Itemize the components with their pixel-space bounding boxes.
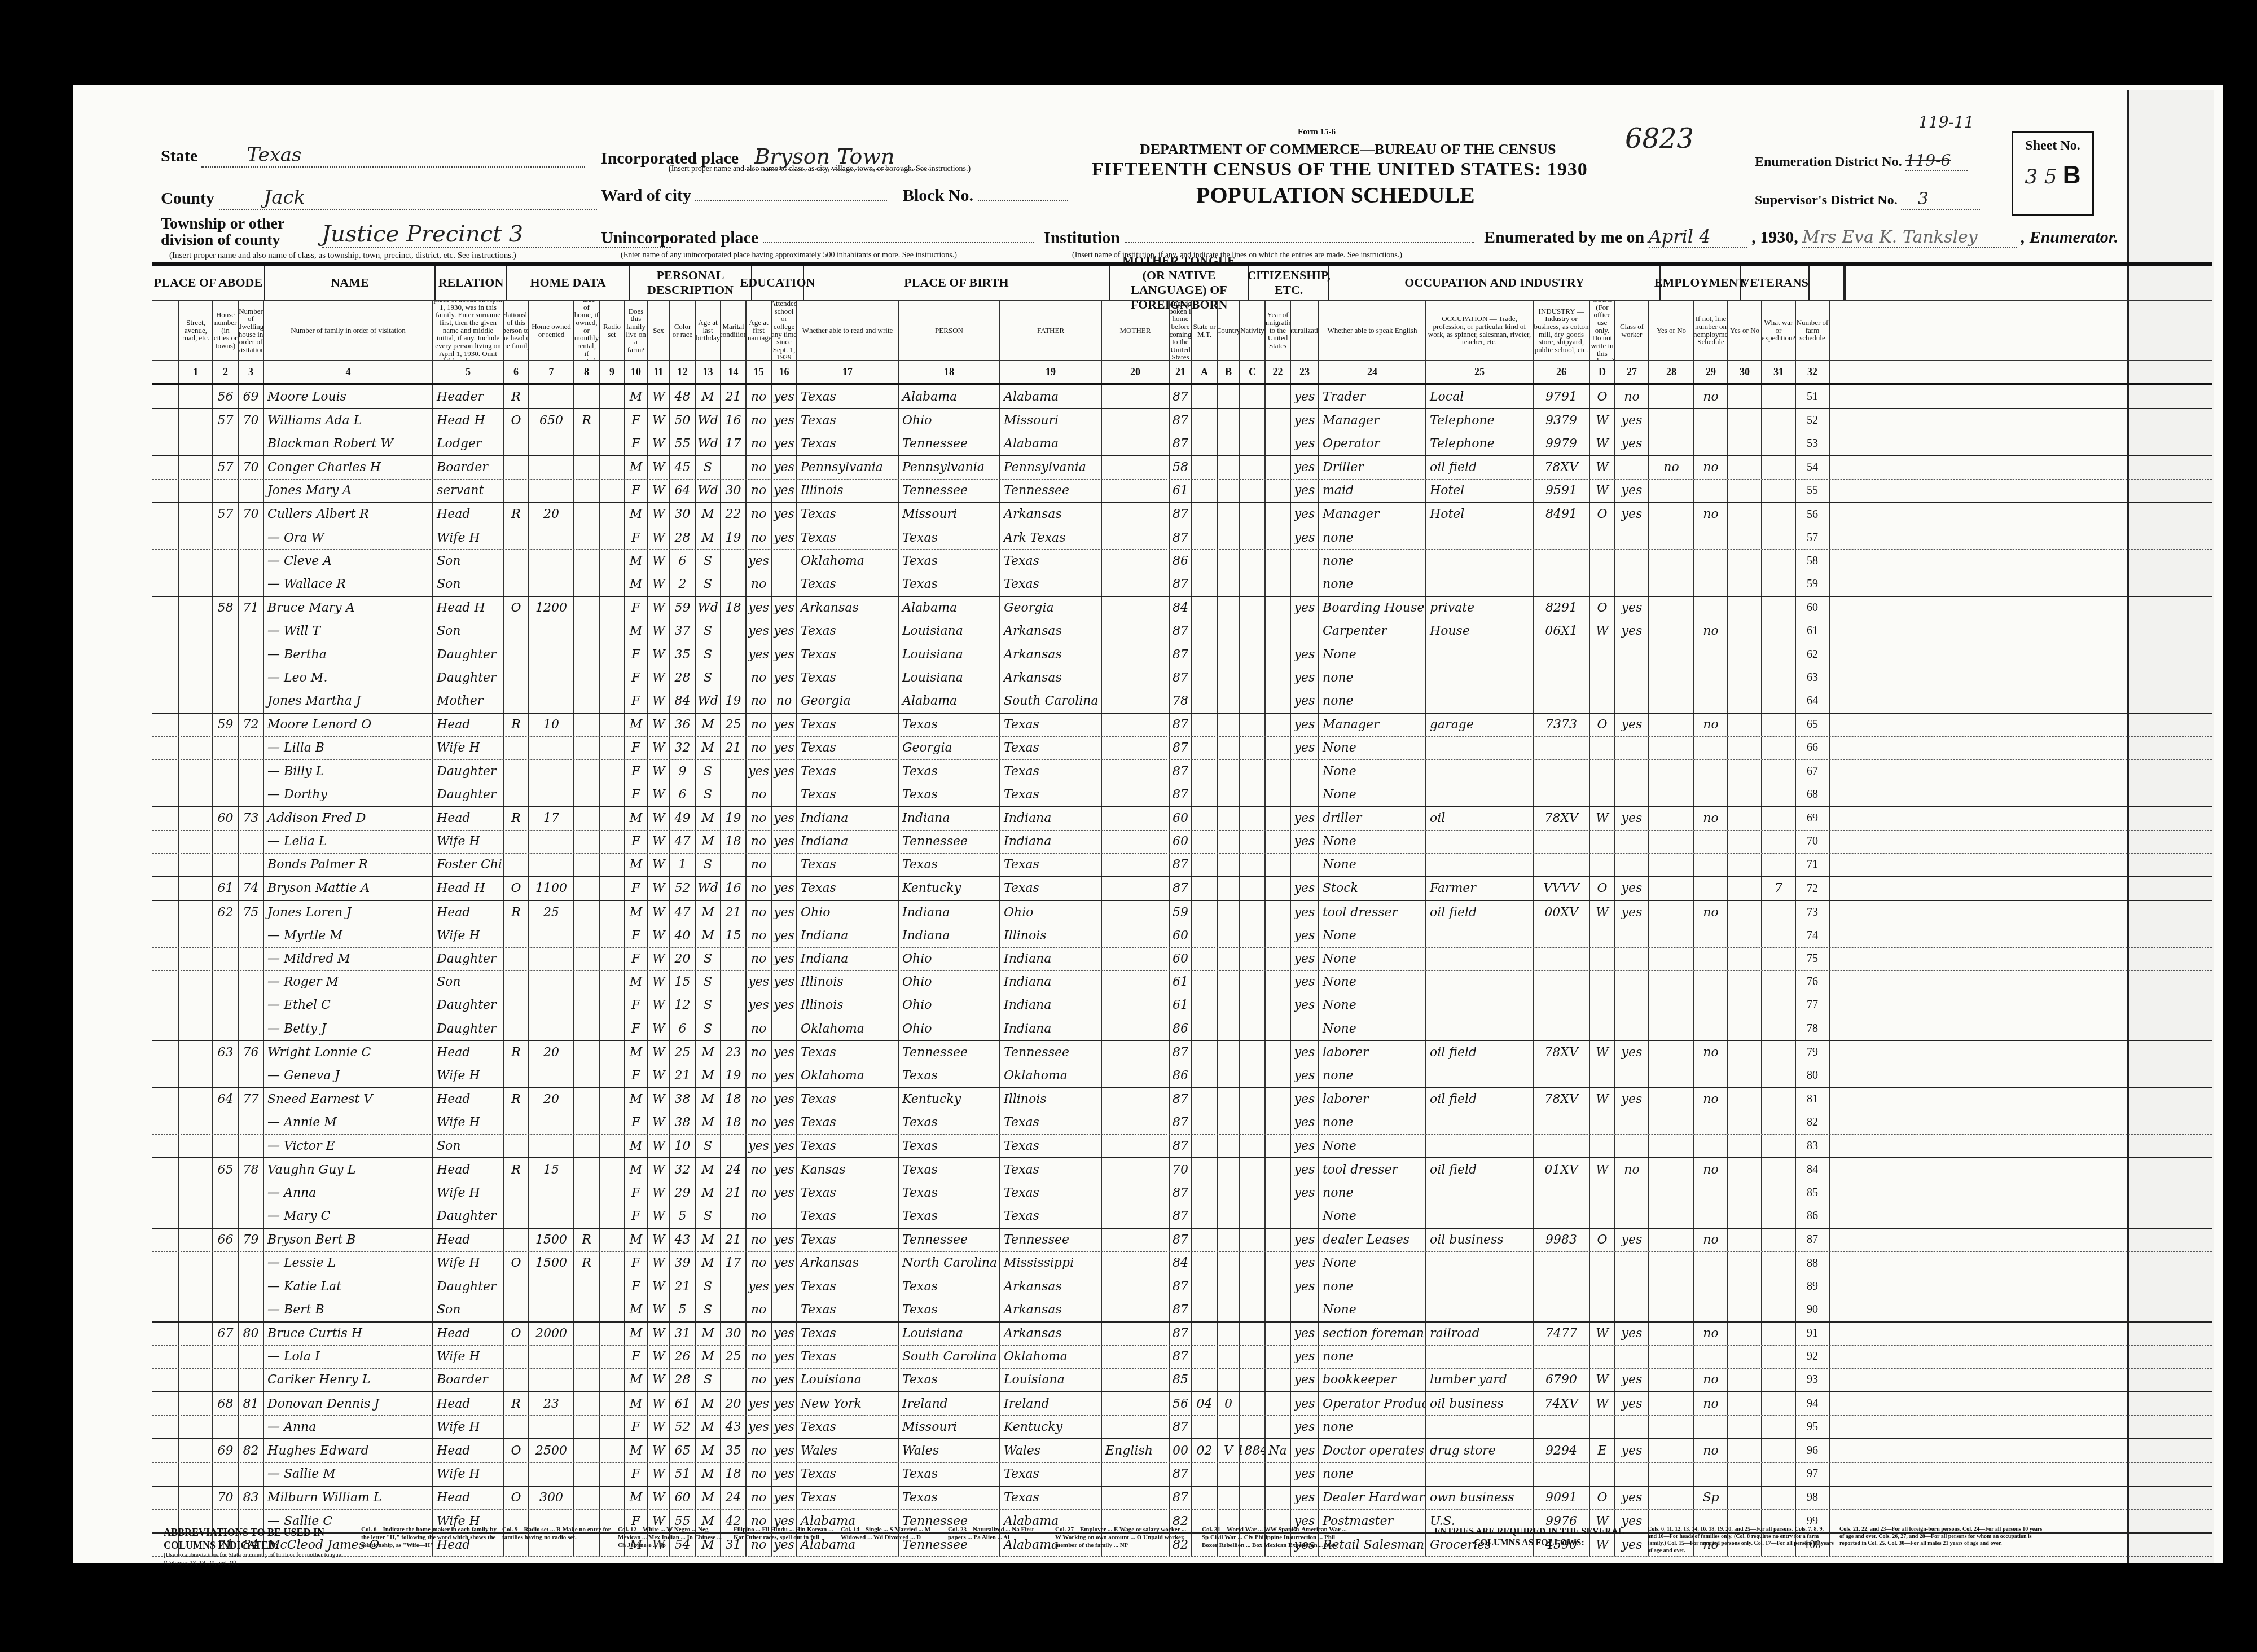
- cell-fs: [1762, 573, 1796, 596]
- cell-bpm: Oklahoma: [1000, 1064, 1102, 1087]
- cell-lang: [1102, 1392, 1170, 1415]
- cell-b: [1192, 854, 1218, 876]
- cell-rel: Head H: [433, 597, 504, 619]
- cell-radio: [574, 1487, 600, 1509]
- cell-rel: Head: [433, 1487, 504, 1509]
- column-header-label: INDUSTRY — Industry or business, as cott…: [1534, 301, 1590, 360]
- cell-c: [1218, 480, 1240, 502]
- cell-race: W: [648, 714, 670, 736]
- cell-eng: yes: [1291, 924, 1319, 947]
- cell-imm: [1240, 854, 1266, 876]
- cell-c: [1218, 1369, 1240, 1391]
- cell-a: 87: [1170, 1323, 1192, 1345]
- entries-a: Cols. 6, 11, 12, 13, 14, 16, 18, 19, 20,…: [1648, 1526, 1834, 1554]
- cell-nat: [1266, 901, 1291, 924]
- cell-val: 1500: [529, 1229, 574, 1251]
- cell-farm: [600, 1088, 625, 1111]
- cell-cls: W: [1590, 432, 1615, 455]
- cell-war: [1728, 971, 1762, 994]
- cell-agem: 20: [721, 1392, 747, 1415]
- cell-eng: yes: [1291, 971, 1319, 994]
- cell-mar: S: [696, 573, 721, 596]
- cell-age: 40: [670, 924, 696, 947]
- cell-rw: yes: [772, 1346, 797, 1368]
- cell-dw: [213, 1346, 239, 1368]
- cell-eng: yes: [1291, 1088, 1319, 1111]
- cell-fs: [1762, 831, 1796, 853]
- cell-st: [179, 1439, 213, 1462]
- cell-bpf: Texas: [899, 1275, 1000, 1298]
- cell-a: 87: [1170, 737, 1192, 759]
- cell-vet: [1694, 1111, 1728, 1134]
- cell-agem: [721, 994, 747, 1017]
- cell-b: [1192, 620, 1218, 643]
- cell-cls: [1590, 924, 1615, 947]
- cell-occ: driller: [1319, 807, 1426, 829]
- cell-radio: [574, 1041, 600, 1064]
- cell-sex: F: [625, 1111, 648, 1134]
- state-label: State: [161, 147, 197, 165]
- cell-a: 87: [1170, 1111, 1192, 1134]
- cell-work: yes: [1615, 714, 1649, 736]
- line-number: 89: [1796, 1275, 1830, 1298]
- cell-bpf: Alabama: [899, 689, 1000, 712]
- cell-age: 20: [670, 948, 696, 970]
- table-row: — Betty JDaughterFW6SnoOklahomaOhioIndia…: [152, 1017, 2212, 1041]
- cell-fs: [1762, 807, 1796, 829]
- cell-dw: [213, 1135, 239, 1157]
- cell-unemp: [1649, 948, 1694, 970]
- cell-sex: M: [625, 807, 648, 829]
- cell-st: [179, 877, 213, 900]
- cell-code: 78XV: [1534, 1088, 1590, 1111]
- cell-occ: None: [1319, 994, 1426, 1017]
- cell-dw: 57: [213, 503, 239, 526]
- cell-war: [1728, 573, 1762, 596]
- cell-bpf: Texas: [899, 1135, 1000, 1157]
- cell-occ: Driller: [1319, 456, 1426, 479]
- cell-vet: Sp: [1694, 1487, 1728, 1509]
- cell-occ: none: [1319, 1346, 1426, 1368]
- cell-rw: yes: [772, 620, 797, 643]
- cell-mar: Wd: [696, 409, 721, 432]
- cell-race: W: [648, 1346, 670, 1368]
- cell-st: [179, 550, 213, 572]
- cell-b: [1192, 1111, 1218, 1134]
- cell-val: [529, 1275, 574, 1298]
- cell-cls: [1590, 1463, 1615, 1486]
- cell-bpm: Texas: [1000, 783, 1102, 806]
- cell-vet: [1694, 737, 1728, 759]
- cell-c: [1218, 1229, 1240, 1251]
- cell-age: 28: [670, 526, 696, 549]
- cell-bpm: Arkansas: [1000, 503, 1102, 526]
- cell-vet: [1694, 783, 1728, 806]
- cell-c: [1218, 760, 1240, 783]
- cell-ind: [1426, 1346, 1534, 1368]
- line-number: 96: [1796, 1439, 1830, 1462]
- cell-nat: [1266, 1064, 1291, 1087]
- cell-st: [179, 385, 213, 408]
- cell-rel: Son: [433, 971, 504, 994]
- cell-eng: yes: [1291, 689, 1319, 712]
- cell-vet: [1694, 1064, 1728, 1087]
- cell-imm: [1240, 1088, 1266, 1111]
- cell-c: [1218, 783, 1240, 806]
- cell-rw: yes: [772, 1439, 797, 1462]
- cell-rw: yes: [772, 1252, 797, 1275]
- cell-sch: yes: [747, 1275, 772, 1298]
- cell-race: W: [648, 1158, 670, 1181]
- cell-own: [504, 924, 529, 947]
- cell-dw: [213, 666, 239, 689]
- cell-c: [1218, 807, 1240, 829]
- cell-war: [1728, 1346, 1762, 1368]
- cell-c: [1218, 1205, 1240, 1228]
- cell-c: [1218, 1346, 1240, 1368]
- cell-agem: 19: [721, 807, 747, 829]
- cell-vet: [1694, 1252, 1728, 1275]
- cell-imm: [1240, 597, 1266, 619]
- cell-vet: no: [1694, 456, 1728, 479]
- cell-cls: [1590, 1298, 1615, 1321]
- cell-war: [1728, 1275, 1762, 1298]
- cell-name: — Lola I: [264, 1346, 433, 1368]
- cell-war: [1728, 666, 1762, 689]
- cell-war: [1728, 1181, 1762, 1204]
- cell-nat: [1266, 1111, 1291, 1134]
- cell-occ: None: [1319, 1252, 1426, 1275]
- cell-b: [1192, 1205, 1218, 1228]
- cell-nat: [1266, 643, 1291, 666]
- cell-radio: [574, 807, 600, 829]
- cell-agem: 18: [721, 597, 747, 619]
- cell-bp: Indiana: [797, 948, 899, 970]
- cell-rw: yes: [772, 877, 797, 900]
- cell-unemp: [1649, 432, 1694, 455]
- cell-sex: F: [625, 1017, 648, 1040]
- table-row: 6578Vaughn Guy LHeadR15MW32M24noyesKansa…: [152, 1158, 2212, 1181]
- cell-fs: [1762, 597, 1796, 619]
- cell-code: [1534, 737, 1590, 759]
- cell-rel: Head: [433, 1158, 504, 1181]
- cell-eng: yes: [1291, 385, 1319, 408]
- cell-fs: [1762, 1346, 1796, 1368]
- column-group: PERSONAL DESCRIPTION: [630, 266, 752, 300]
- column-number: D: [1590, 361, 1615, 383]
- cell-war: [1728, 1298, 1762, 1321]
- cell-cls: [1590, 1205, 1615, 1228]
- line-number: 58: [1796, 550, 1830, 572]
- cell-imm: [1240, 480, 1266, 502]
- cell-agem: 15: [721, 924, 747, 947]
- cell-bpm: Texas: [1000, 1487, 1102, 1509]
- cell-line_l: [152, 1111, 179, 1134]
- cell-fs: [1762, 480, 1796, 502]
- cell-line_l: [152, 737, 179, 759]
- cell-work: [1615, 831, 1649, 853]
- cell-name: — Bertha: [264, 643, 433, 666]
- cell-rw: yes: [772, 456, 797, 479]
- cell-bpm: Illinois: [1000, 1088, 1102, 1111]
- cell-bp: Texas: [797, 760, 899, 783]
- cell-farm: [600, 1392, 625, 1415]
- column-header-label: If not, line number on Unemployment Sche…: [1694, 301, 1728, 360]
- cell-race: W: [648, 783, 670, 806]
- cell-bpf: Texas: [899, 1158, 1000, 1181]
- cell-imm: [1240, 1487, 1266, 1509]
- cell-st: [179, 1463, 213, 1486]
- cell-code: [1534, 1416, 1590, 1438]
- cell-ind: [1426, 526, 1534, 549]
- cell-a: 87: [1170, 1416, 1192, 1438]
- cell-name: Sneed Earnest V: [264, 1088, 433, 1111]
- cell-line_l: [152, 1041, 179, 1064]
- cell-ind: oil field: [1426, 1088, 1534, 1111]
- column-group: CITIZENSHIP, ETC.: [1249, 266, 1329, 300]
- cell-cls: O: [1590, 714, 1615, 736]
- cell-name: — Lilla B: [264, 737, 433, 759]
- cell-sch: no: [747, 432, 772, 455]
- cell-unemp: [1649, 854, 1694, 876]
- column-header-label: Number of family in order of visitation: [264, 301, 433, 360]
- cell-vet: [1694, 573, 1728, 596]
- supervisor-district-label: Supervisor's District No.: [1755, 193, 1898, 208]
- cell-unemp: [1649, 783, 1694, 806]
- column-number-row: 123456789101112131415161718192021ABC2223…: [152, 361, 2212, 385]
- column-header-label: Home owned or rented: [529, 301, 574, 360]
- cell-a: 87: [1170, 877, 1192, 900]
- cell-line_l: [152, 994, 179, 1017]
- cell-val: [529, 737, 574, 759]
- cell-sch: yes: [747, 1135, 772, 1157]
- cell-cls: [1590, 854, 1615, 876]
- cell-eng: yes: [1291, 948, 1319, 970]
- cell-bpm: Tennessee: [1000, 480, 1102, 502]
- cell-unemp: [1649, 760, 1694, 783]
- cell-eng: [1291, 1205, 1319, 1228]
- enumerated-label: Enumerated by me on: [1484, 228, 1644, 247]
- cell-agem: [721, 1205, 747, 1228]
- line-number: 85: [1796, 1181, 1830, 1204]
- cell-bpf: Texas: [899, 526, 1000, 549]
- cell-vet: no: [1694, 1229, 1728, 1251]
- column-header-label: FATHER: [1000, 301, 1102, 360]
- cell-agem: 17: [721, 1252, 747, 1275]
- table-row: — Lola IWife HFW26M25noyesTexasSouth Car…: [152, 1346, 2212, 1369]
- cell-age: 6: [670, 1017, 696, 1040]
- cell-val: 2500: [529, 1439, 574, 1462]
- cell-unemp: [1649, 1323, 1694, 1345]
- cell-rw: yes: [772, 1275, 797, 1298]
- cell-lang: [1102, 1369, 1170, 1391]
- cell-farm: [600, 1275, 625, 1298]
- cell-nat: [1266, 1392, 1291, 1415]
- cell-fam: [239, 737, 264, 759]
- cell-lang: [1102, 480, 1170, 502]
- cell-fam: [239, 783, 264, 806]
- cell-rel: Wife H: [433, 1252, 504, 1275]
- cell-rel: Header: [433, 385, 504, 408]
- cell-b: [1192, 480, 1218, 502]
- cell-a: 87: [1170, 1346, 1192, 1368]
- cell-occ: Stock: [1319, 877, 1426, 900]
- cell-fam: [239, 948, 264, 970]
- cell-sch: no: [747, 1439, 772, 1462]
- cell-sex: F: [625, 948, 648, 970]
- cell-fs: 7: [1762, 877, 1796, 900]
- cell-sch: no: [747, 1369, 772, 1391]
- cell-val: 20: [529, 1041, 574, 1064]
- column-number: 31: [1762, 361, 1796, 383]
- cell-occ: none: [1319, 1463, 1426, 1486]
- cell-a: 87: [1170, 1463, 1192, 1486]
- cell-fs: [1762, 1205, 1796, 1228]
- cell-a: 60: [1170, 948, 1192, 970]
- cell-b: [1192, 901, 1218, 924]
- table-row: — AnnaWife HFW29M21noyesTexasTexasTexas8…: [152, 1181, 2212, 1205]
- cell-code: 9379: [1534, 409, 1590, 432]
- cell-occ: none: [1319, 1181, 1426, 1204]
- cell-dw: [213, 1111, 239, 1134]
- table-row: — Myrtle MWife HFW40M15noyesIndianaIndia…: [152, 924, 2212, 947]
- cell-line_l: [152, 666, 179, 689]
- cell-fam: 74: [239, 877, 264, 900]
- cell-st: [179, 573, 213, 596]
- cell-age: 61: [670, 1392, 696, 1415]
- cell-vet: no: [1694, 1439, 1728, 1462]
- cell-fs: [1762, 1487, 1796, 1509]
- cell-imm: [1240, 1181, 1266, 1204]
- cell-a: 84: [1170, 597, 1192, 619]
- cell-code: [1534, 994, 1590, 1017]
- cell-c: [1218, 877, 1240, 900]
- cell-eng: yes: [1291, 1275, 1319, 1298]
- cell-rel: Mother: [433, 689, 504, 712]
- cell-c: [1218, 854, 1240, 876]
- cell-st: [179, 1088, 213, 1111]
- cell-own: [504, 1111, 529, 1134]
- cell-imm: [1240, 1041, 1266, 1064]
- cell-lang: [1102, 550, 1170, 572]
- cell-a: 61: [1170, 480, 1192, 502]
- cell-imm: [1240, 550, 1266, 572]
- cell-age: 39: [670, 1252, 696, 1275]
- cell-rw: yes: [772, 737, 797, 759]
- cell-eng: yes: [1291, 877, 1319, 900]
- cell-sch: no: [747, 385, 772, 408]
- line-number: 52: [1796, 409, 1830, 432]
- cell-lang: [1102, 807, 1170, 829]
- cell-bpf: Texas: [899, 550, 1000, 572]
- cell-name: — Billy L: [264, 760, 433, 783]
- cell-vet: no: [1694, 1323, 1728, 1345]
- cell-bpm: Louisiana: [1000, 1369, 1102, 1391]
- cell-eng: [1291, 550, 1319, 572]
- column-header-label: Number of farm schedule: [1796, 301, 1830, 360]
- cell-fam: [239, 1135, 264, 1157]
- cell-eng: [1291, 620, 1319, 643]
- cell-mar: S: [696, 783, 721, 806]
- table-row: Cariker Henry LBoarderMW28SnoyesLouisian…: [152, 1369, 2212, 1392]
- cell-cls: W: [1590, 901, 1615, 924]
- cell-rw: yes: [772, 1323, 797, 1345]
- cell-a: 87: [1170, 854, 1192, 876]
- cell-c: [1218, 503, 1240, 526]
- cell-radio: [574, 901, 600, 924]
- cell-agem: 24: [721, 1158, 747, 1181]
- cell-fam: 70: [239, 456, 264, 479]
- cell-age: 15: [670, 971, 696, 994]
- cell-dw: [213, 854, 239, 876]
- cell-a: 86: [1170, 1017, 1192, 1040]
- cell-sch: no: [747, 783, 772, 806]
- cell-mar: M: [696, 1158, 721, 1181]
- cell-mar: M: [696, 1346, 721, 1368]
- cell-a: 86: [1170, 1064, 1192, 1087]
- cell-cls: [1590, 994, 1615, 1017]
- cell-own: [504, 573, 529, 596]
- cell-mar: Wd: [696, 432, 721, 455]
- cell-sch: no: [747, 1088, 772, 1111]
- cell-st: [179, 666, 213, 689]
- cell-agem: 21: [721, 737, 747, 759]
- cell-cls: W: [1590, 620, 1615, 643]
- cell-vet: no: [1694, 1088, 1728, 1111]
- column-number: 23: [1291, 361, 1319, 383]
- cell-vet: [1694, 1416, 1728, 1438]
- cell-vet: [1694, 760, 1728, 783]
- cell-imm: [1240, 971, 1266, 994]
- cell-radio: [574, 643, 600, 666]
- cell-lang: [1102, 597, 1170, 619]
- cell-age: 6: [670, 783, 696, 806]
- cell-rw: yes: [772, 831, 797, 853]
- cell-sex: F: [625, 1181, 648, 1204]
- cell-race: W: [648, 807, 670, 829]
- column-header-label: Nativity: [1240, 301, 1266, 360]
- cell-val: [529, 1369, 574, 1391]
- cell-occ: None: [1319, 1298, 1426, 1321]
- cell-work: [1615, 456, 1649, 479]
- cell-eng: [1291, 854, 1319, 876]
- cell-bp: Illinois: [797, 480, 899, 502]
- cell-imm: [1240, 409, 1266, 432]
- cell-farm: [600, 1323, 625, 1345]
- cell-dw: 61: [213, 877, 239, 900]
- cell-rw: yes: [772, 1369, 797, 1391]
- cell-bp: Texas: [797, 737, 899, 759]
- enumeration-district-value: 119-6: [1905, 151, 1968, 171]
- cell-rel: Wife H: [433, 1111, 504, 1134]
- cell-dw: [213, 1416, 239, 1438]
- cell-lang: [1102, 737, 1170, 759]
- cell-name: Milburn William L: [264, 1487, 433, 1509]
- cell-work: [1615, 1111, 1649, 1134]
- cell-own: R: [504, 807, 529, 829]
- cell-rel: Head: [433, 901, 504, 924]
- cell-dw: [213, 971, 239, 994]
- cell-own: O: [504, 1252, 529, 1275]
- cell-line_l: [152, 1064, 179, 1087]
- cell-rel: Head H: [433, 877, 504, 900]
- cell-lang: [1102, 1041, 1170, 1064]
- column-group: NAME: [265, 266, 436, 300]
- cell-war: [1728, 456, 1762, 479]
- cell-vet: [1694, 689, 1728, 712]
- cell-fam: [239, 1275, 264, 1298]
- cell-occ: laborer: [1319, 1088, 1426, 1111]
